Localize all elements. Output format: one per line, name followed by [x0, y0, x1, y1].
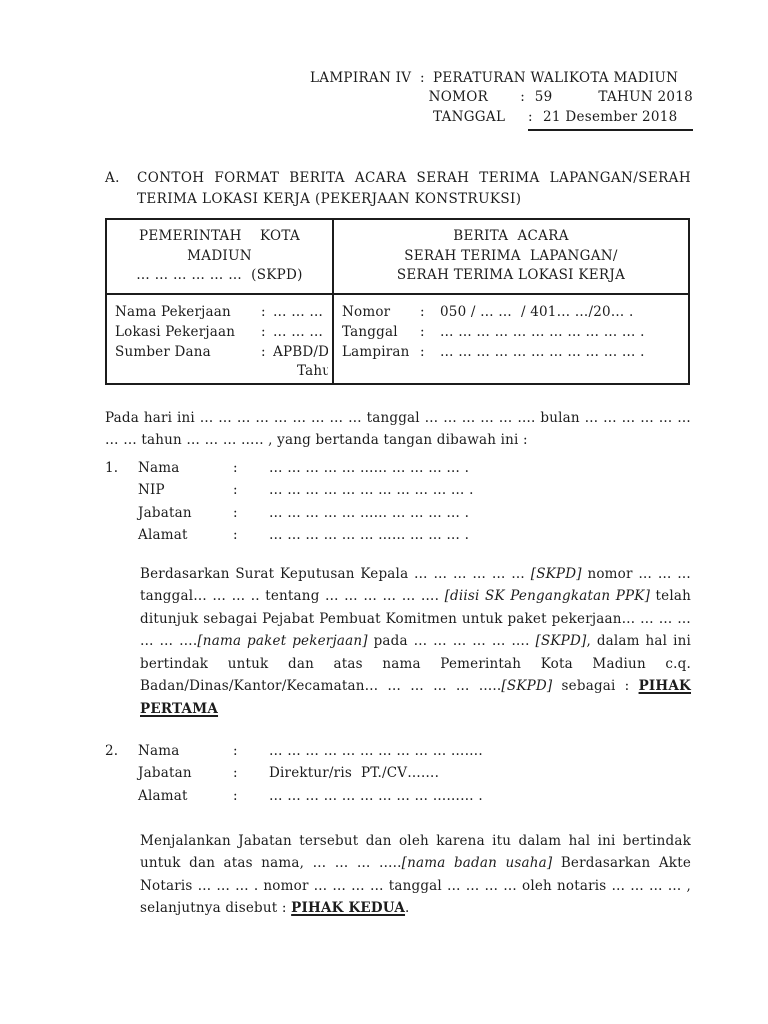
- tanggal-colon: :: [528, 108, 543, 127]
- party-row: 2.Nama:… … … … … … … … … … …….: [105, 740, 691, 762]
- field-row: Sumber Dana:APBD/DAK: [115, 343, 328, 363]
- field-value: APBD/DAK: [273, 343, 328, 363]
- party-field-label: Alamat: [138, 524, 233, 546]
- intro-paragraph: Pada hari ini … … … … … … … … … tanggal …: [105, 407, 691, 452]
- party-field-label: Jabatan: [138, 762, 233, 784]
- field-label: Sumber Dana: [115, 343, 261, 363]
- text-segment: sebagai :: [552, 678, 638, 694]
- section-title: CONTOH FORMAT BERITA ACARA SERAH TERIMA …: [137, 168, 691, 210]
- text-segment: [diisi SK Pengangkatan PPK]: [445, 588, 650, 604]
- field-label: Lokasi Pekerjaan: [115, 323, 261, 343]
- party-number-spacer: [105, 524, 138, 546]
- party-row: Jabatan:Direktur/ris PT./CV…….: [105, 762, 691, 784]
- party-number-spacer: [105, 502, 138, 524]
- table-right-body: Nomor:050 / … … / 401… …/20… . Tanggal:……: [334, 295, 688, 383]
- party-field-label: Nama: [138, 457, 233, 479]
- field-label: Tanggal: [342, 323, 420, 343]
- field-row: Lampiran:… … … … … … … … … … … .: [342, 343, 684, 363]
- party-field-colon: :: [233, 785, 269, 807]
- lampiran-row: TANGGAL:21 Desember 2018: [310, 108, 693, 131]
- right-header-line: SERAH TERIMA LAPANGAN/: [404, 247, 618, 266]
- field-colon: :: [261, 303, 273, 323]
- field-value: 050 / … … / 401… …/20… .: [440, 303, 684, 323]
- nomor-label: NOMOR: [429, 88, 521, 107]
- text-segment: [SKPD]: [501, 678, 552, 694]
- left-header-line: … … … … … … (SKPD): [136, 266, 303, 285]
- field-row: Tanggal:… … … … … … … … … … … .: [342, 323, 684, 343]
- section-title-line2: TERIMA LOKASI KERJA (PEKERJAAN KONSTRUKS…: [137, 189, 691, 210]
- right-header-line: BERITA ACARA: [453, 227, 569, 246]
- text-segment: [nama paket pekerjaan]: [197, 633, 367, 649]
- section-heading: A. CONTOH FORMAT BERITA ACARA SERAH TERI…: [105, 168, 691, 210]
- lampiran-row: LAMPIRAN IV:PERATURAN WALIKOTA MADIUN: [310, 69, 693, 88]
- left-header-line: MADIUN: [187, 247, 252, 266]
- text-segment: [SKPD]: [535, 633, 586, 649]
- nomor-colon: :: [520, 88, 534, 107]
- field-colon: [261, 362, 273, 382]
- left-header-line: PEMERINTAH KOTA: [139, 227, 300, 246]
- section-title-line1: CONTOH FORMAT BERITA ACARA SERAH TERIMA …: [137, 168, 691, 189]
- field-row: Nomor:050 / … … / 401… …/20… .: [342, 303, 684, 323]
- party-row: 1.Nama:… … … … … …… … … … … .: [105, 457, 691, 479]
- party-field-value: … … … … … … … … … … … .: [269, 479, 474, 501]
- agreement-table: PEMERINTAH KOTA MADIUN … … … … … … (SKPD…: [105, 218, 690, 385]
- party-field-label: Jabatan: [138, 502, 233, 524]
- party-field-label: Nama: [138, 740, 233, 762]
- party-field-colon: :: [233, 524, 269, 546]
- table-left-body: Nama Pekerjaan:… … … … .. Lokasi Pekerja…: [107, 295, 332, 383]
- party-number: 1.: [105, 457, 138, 479]
- field-value: Tahun 20……: [273, 362, 328, 382]
- party-field-value: … … … … … …… … … … … .: [269, 502, 469, 524]
- party-field-value: … … … … … … …… … … … .: [269, 524, 469, 546]
- party-field-value: … … … … … … … … … … …….: [269, 740, 483, 762]
- text-segment: Berdasarkan Surat Keputusan Kepala … … ……: [140, 566, 531, 582]
- table-right-header: BERITA ACARA SERAH TERIMA LAPANGAN/ SERA…: [334, 220, 688, 295]
- text-segment: [nama badan usaha]: [402, 855, 553, 871]
- party-row: Jabatan:… … … … … …… … … … … .: [105, 502, 691, 524]
- lampiran-header: LAMPIRAN IV:PERATURAN WALIKOTA MADIUN NO…: [310, 69, 693, 131]
- tanggal-value: 21 Desember 2018: [543, 108, 693, 127]
- text-segment: .: [405, 900, 410, 916]
- tanggal-underline: :21 Desember 2018: [528, 108, 693, 131]
- lampiran-value: PERATURAN WALIKOTA MADIUN: [433, 69, 693, 88]
- party-field-value: … … … … … …… … … … … .: [269, 457, 469, 479]
- party-row: Alamat:… … … … … … …… … … … .: [105, 524, 691, 546]
- right-header-line: SERAH TERIMA LOKASI KERJA: [397, 266, 625, 285]
- party-field-value: … … … … … … … … … ……… .: [269, 785, 483, 807]
- lampiran-row: NOMOR:59 TAHUN 2018: [310, 88, 693, 107]
- party2-block: 2.Nama:… … … … … … … … … … ……. Jabatan:D…: [105, 740, 691, 807]
- field-label: Nama Pekerjaan: [115, 303, 261, 323]
- field-label: Lampiran: [342, 343, 420, 363]
- table-left-column: PEMERINTAH KOTA MADIUN … … … … … … (SKPD…: [107, 220, 334, 383]
- document-page: LAMPIRAN IV:PERATURAN WALIKOTA MADIUN NO…: [0, 0, 768, 1024]
- field-colon: :: [420, 323, 440, 343]
- party-field-colon: :: [233, 457, 269, 479]
- party-number-spacer: [105, 785, 138, 807]
- lampiran-colon: :: [420, 69, 433, 88]
- lampiran-indent: [310, 88, 429, 107]
- party-field-colon: :: [233, 502, 269, 524]
- field-row: Tahun 20……: [115, 362, 328, 382]
- field-label: [115, 362, 261, 382]
- field-row: Lokasi Pekerjaan:… … … … ..: [115, 323, 328, 343]
- field-colon: :: [420, 343, 440, 363]
- party-field-colon: :: [233, 762, 269, 784]
- party-field-label: Alamat: [138, 785, 233, 807]
- table-left-header: PEMERINTAH KOTA MADIUN … … … … … … (SKPD…: [107, 220, 332, 295]
- field-colon: :: [261, 343, 273, 363]
- party-row: NIP:… … … … … … … … … … … .: [105, 479, 691, 501]
- field-value: … … … … … … … … … … … .: [440, 323, 684, 343]
- berdasarkan-paragraph: Berdasarkan Surat Keputusan Kepala … … ……: [140, 563, 691, 720]
- tanggal-label: TANGGAL: [433, 108, 528, 131]
- field-label: Nomor: [342, 303, 420, 323]
- party-field-colon: :: [233, 479, 269, 501]
- field-row: Nama Pekerjaan:… … … … ..: [115, 303, 328, 323]
- lampiran-indent: [310, 108, 433, 131]
- party-field-value: Direktur/ris PT./CV…….: [269, 762, 439, 784]
- menjalankan-paragraph: Menjalankan Jabatan tersebut dan oleh ka…: [140, 830, 691, 920]
- field-colon: :: [261, 323, 273, 343]
- party-field-label: NIP: [138, 479, 233, 501]
- party1-block: 1.Nama:… … … … … …… … … … … . NIP:… … … …: [105, 457, 691, 547]
- lampiran-label: LAMPIRAN IV: [310, 69, 420, 88]
- section-number: A.: [105, 168, 137, 210]
- party-row: Alamat:… … … … … … … … … ……… .: [105, 785, 691, 807]
- text-segment: pada … … … … … ….: [368, 633, 536, 649]
- field-colon: :: [420, 303, 440, 323]
- field-value: … … … … ..: [273, 303, 328, 323]
- party-number-spacer: [105, 762, 138, 784]
- table-right-column: BERITA ACARA SERAH TERIMA LAPANGAN/ SERA…: [334, 220, 688, 383]
- text-segment: [SKPD]: [531, 566, 582, 582]
- party-number-spacer: [105, 479, 138, 501]
- field-value: … … … … ..: [273, 323, 328, 343]
- party-number: 2.: [105, 740, 138, 762]
- text-segment: PIHAK KEDUA: [291, 900, 405, 916]
- party-field-colon: :: [233, 740, 269, 762]
- nomor-value: 59 TAHUN 2018: [535, 88, 693, 107]
- field-value: … … … … … … … … … … … .: [440, 343, 684, 363]
